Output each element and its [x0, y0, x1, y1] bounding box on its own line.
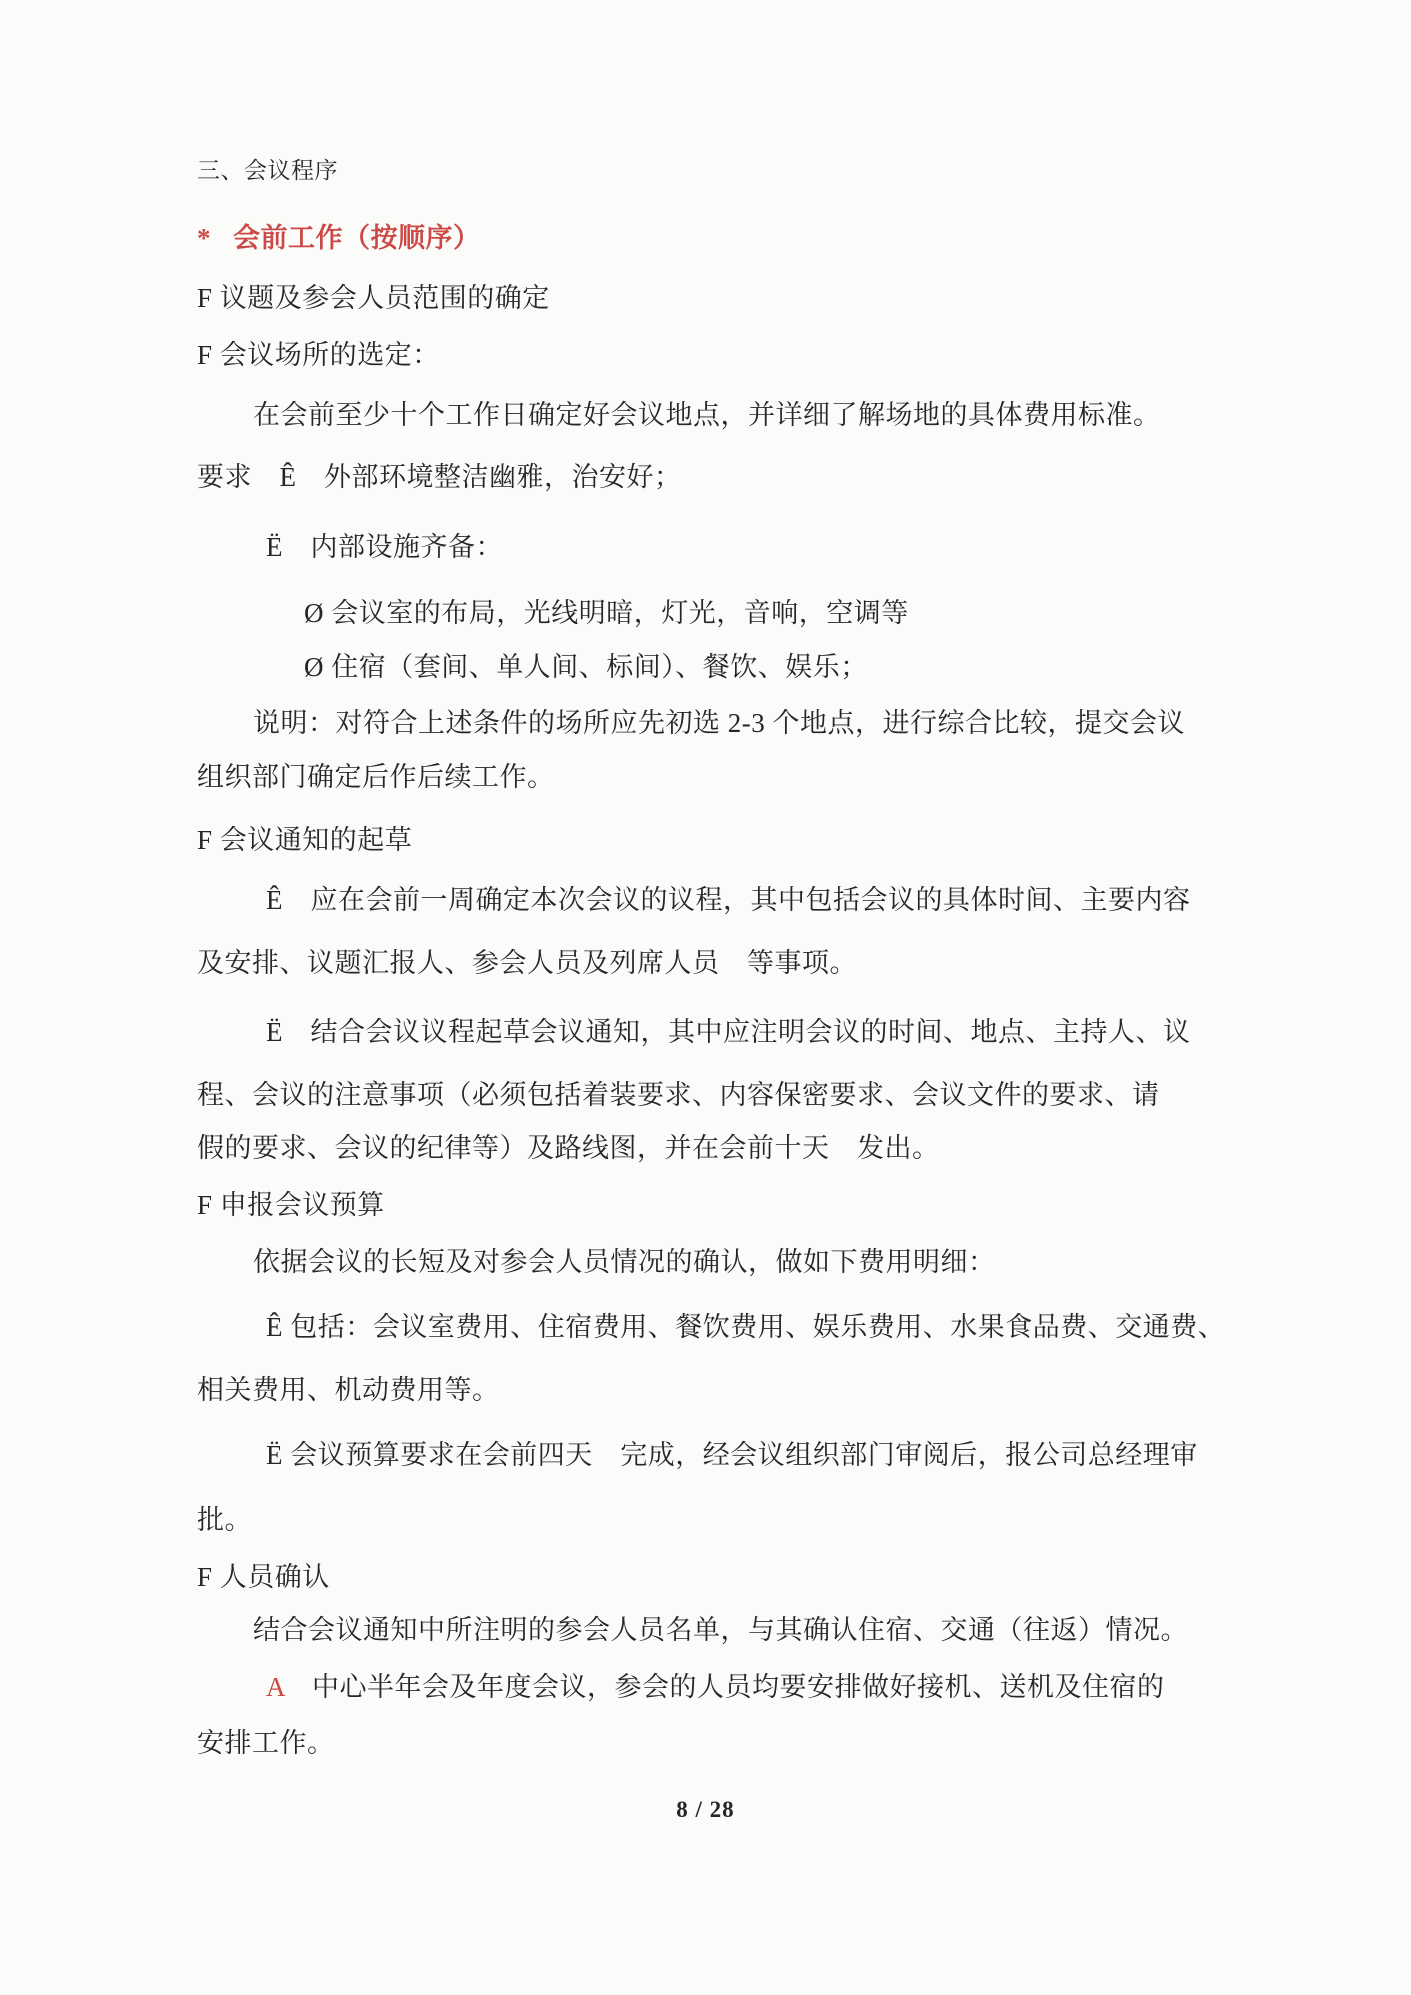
text-segment: 批。 [197, 1505, 252, 1535]
sub-item-line: Ê 应在会前一周确定本次会议的议程，其中包括会议的具体时间、主要内容 [0, 883, 1411, 917]
paragraph-line: 说明：对符合上述条件的场所应先初选 2-3 个地点，进行综合比较，提交会议 [0, 706, 1411, 740]
document-title: 三、会议程序 [0, 154, 1411, 188]
section-heading: *会前工作（按顺序） [0, 221, 1411, 255]
sub-item-line: Ê 包括：会议室费用、住宿费用、餐饮费用、娱乐费用、水果食品费、交通费、 [0, 1310, 1411, 1344]
continuation-line: 组织部门确定后作后续工作。 [0, 760, 1411, 794]
text-segment: 程、会议的注意事项（必须包括着装要求、内容保密要求、会议文件的要求、请 [197, 1080, 1160, 1110]
bullet-line: Ø 住宿（套间、单人间、标间）、餐饮、娱乐； [0, 650, 1411, 684]
text-segment: 中心半年会及年度会议，参会的人员均要安排做好接机、送机及住宿的 [285, 1672, 1165, 1702]
paragraph-line: 在会前至少十个工作日确定好会议地点，并详细了解场地的具体费用标准。 [0, 398, 1411, 432]
red-marker-text: A [266, 1672, 285, 1702]
text-segment: 假的要求、会议的纪律等）及路线图，并在会前十天 发出。 [197, 1133, 940, 1163]
text-segment: F 会议通知的起草 [197, 825, 412, 855]
list-item-line: F 会议通知的起草 [0, 823, 1411, 857]
text-segment: 组织部门确定后作后续工作。 [197, 762, 555, 792]
text-segment: F 议题及参会人员范围的确定 [197, 283, 550, 313]
text-segment: 在会前至少十个工作日确定好会议地点，并详细了解场地的具体费用标准。 [253, 400, 1161, 430]
list-item-line: F 会议场所的选定： [0, 338, 1411, 372]
asterisk-marker: * [197, 223, 211, 253]
paragraph-line: 结合会议通知中所注明的参会人员名单，与其确认住宿、交通（往返）情况。 [0, 1613, 1411, 1647]
page-number: 8 / 28 [0, 1793, 1411, 1827]
text-segment: F 会议场所的选定： [197, 340, 440, 370]
text-segment: Ø 住宿（套间、单人间、标间）、餐饮、娱乐； [304, 652, 868, 682]
sub-item-line: Ë 会议预算要求在会前四天 完成，经会议组织部门审阅后，报公司总经理审 [0, 1438, 1411, 1472]
continuation-line: 批。 [0, 1503, 1411, 1537]
continuation-line: 安排工作。 [0, 1726, 1411, 1760]
paragraph-line: 依据会议的长短及对参会人员情况的确认，做如下费用明细： [0, 1245, 1411, 1279]
continuation-line: 相关费用、机动费用等。 [0, 1373, 1411, 1407]
text-segment: Ê 应在会前一周确定本次会议的议程，其中包括会议的具体时间、主要内容 [266, 885, 1191, 915]
list-item-line: F 议题及参会人员范围的确定 [0, 281, 1411, 315]
text-segment: Ë 结合会议议程起草会议通知，其中应注明会议的时间、地点、主持人、议 [266, 1017, 1191, 1047]
continuation-line: 程、会议的注意事项（必须包括着装要求、内容保密要求、会议文件的要求、请 [0, 1078, 1411, 1112]
section-heading-text: 会前工作（按顺序） [233, 223, 481, 253]
text-segment: F 申报会议预算 [197, 1190, 385, 1220]
text-segment: 要求 Ê 外部环境整洁幽雅，治安好； [197, 462, 682, 492]
text-segment: Ê 包括：会议室费用、住宿费用、餐饮费用、娱乐费用、水果食品费、交通费、 [266, 1312, 1225, 1342]
text-segment: F 人员确认 [197, 1562, 330, 1592]
continuation-line: 及安排、议题汇报人、参会人员及列席人员 等事项。 [0, 946, 1411, 980]
text-segment: 说明：对符合上述条件的场所应先初选 2-3 个地点，进行综合比较，提交会议 [253, 708, 1185, 738]
text-segment: 安排工作。 [197, 1728, 335, 1758]
text-segment: Ø 会议室的布局，光线明暗，灯光，音响，空调等 [304, 598, 909, 628]
list-item-line: F 人员确认 [0, 1560, 1411, 1594]
document-body: F 议题及参会人员范围的确定F 会议场所的选定：在会前至少十个工作日确定好会议地… [0, 281, 1411, 1760]
sub-item-line: Ë 内部设施齐备： [0, 530, 1411, 564]
sub-item-line: A 中心半年会及年度会议，参会的人员均要安排做好接机、送机及住宿的 [0, 1670, 1411, 1704]
sub-item-line: Ë 结合会议议程起草会议通知，其中应注明会议的时间、地点、主持人、议 [0, 1015, 1411, 1049]
document-page: 三、会议程序 *会前工作（按顺序） F 议题及参会人员范围的确定F 会议场所的选… [0, 0, 1411, 1995]
continuation-line: 要求 Ê 外部环境整洁幽雅，治安好； [0, 460, 1411, 494]
text-segment: Ë 内部设施齐备： [266, 532, 503, 562]
text-segment: 结合会议通知中所注明的参会人员名单，与其确认住宿、交通（往返）情况。 [253, 1615, 1188, 1645]
text-segment: 相关费用、机动费用等。 [197, 1375, 500, 1405]
continuation-line: 假的要求、会议的纪律等）及路线图，并在会前十天 发出。 [0, 1131, 1411, 1165]
bullet-line: Ø 会议室的布局，光线明暗，灯光，音响，空调等 [0, 596, 1411, 630]
text-segment: Ë 会议预算要求在会前四天 完成，经会议组织部门审阅后，报公司总经理审 [266, 1440, 1198, 1470]
text-segment: 及安排、议题汇报人、参会人员及列席人员 等事项。 [197, 948, 857, 978]
text-segment: 依据会议的长短及对参会人员情况的确认，做如下费用明细： [253, 1247, 996, 1277]
list-item-line: F 申报会议预算 [0, 1188, 1411, 1222]
